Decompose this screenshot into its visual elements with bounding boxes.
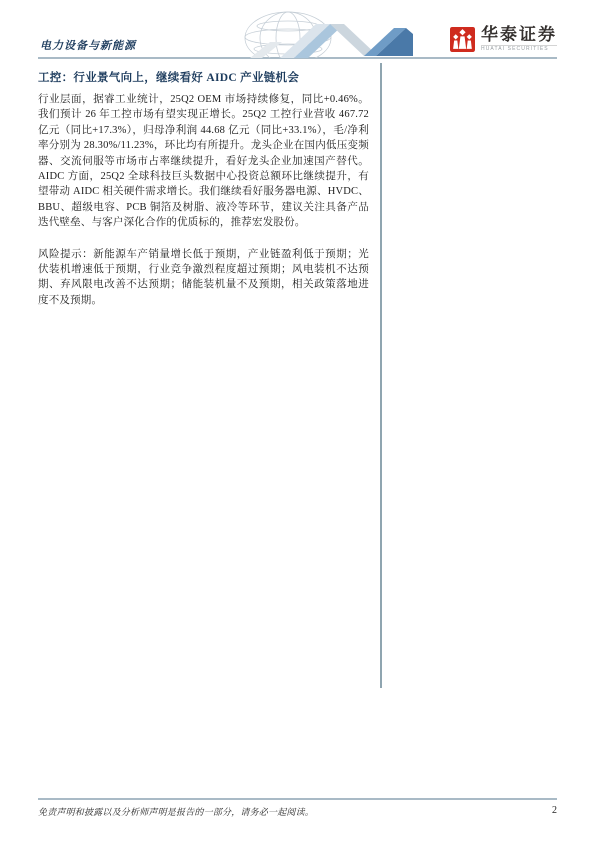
page-number: 2 — [552, 805, 557, 816]
footer-disclaimer: 免责声明和披露以及分析师声明是报告的一部分，请务必一起阅读。 — [38, 805, 314, 818]
article-column: 工控：行业景气向上，继续看好 AIDC 产业链机会 行业层面，据睿工业统计，25… — [38, 71, 369, 308]
column-divider — [380, 63, 382, 688]
report-page: 电力设备与新能源 — [0, 0, 595, 841]
risk-notice-paragraph: 风险提示：新能源车产销量增长低于预期，产业链盈利低于预期；光伏装机增速低于预期，… — [38, 247, 369, 309]
report-body: 工控：行业景气向上，继续看好 AIDC 产业链机会 行业层面，据睿工业统计，25… — [38, 57, 557, 796]
report-category-label: 电力设备与新能源 — [40, 37, 136, 53]
brand-logo: 华泰证券 HUATAI SECURITIES — [450, 26, 557, 52]
brand-name-cn: 华泰证券 — [481, 26, 557, 43]
huatai-logo-icon — [450, 27, 475, 52]
page-header: 电力设备与新能源 — [38, 0, 557, 59]
globe-banner-graphic — [198, 6, 413, 58]
brand-name-en: HUATAI SECURITIES — [481, 45, 557, 52]
section-heading: 工控：行业景气向上，继续看好 AIDC 产业链机会 — [38, 71, 369, 86]
page-footer: 免责声明和披露以及分析师声明是报告的一部分，请务必一起阅读。 2 — [38, 798, 557, 818]
industry-analysis-paragraph: 行业层面，据睿工业统计，25Q2 OEM 市场持续修复，同比+0.46%。我们预… — [38, 92, 369, 231]
brand-text: 华泰证券 HUATAI SECURITIES — [481, 26, 557, 52]
